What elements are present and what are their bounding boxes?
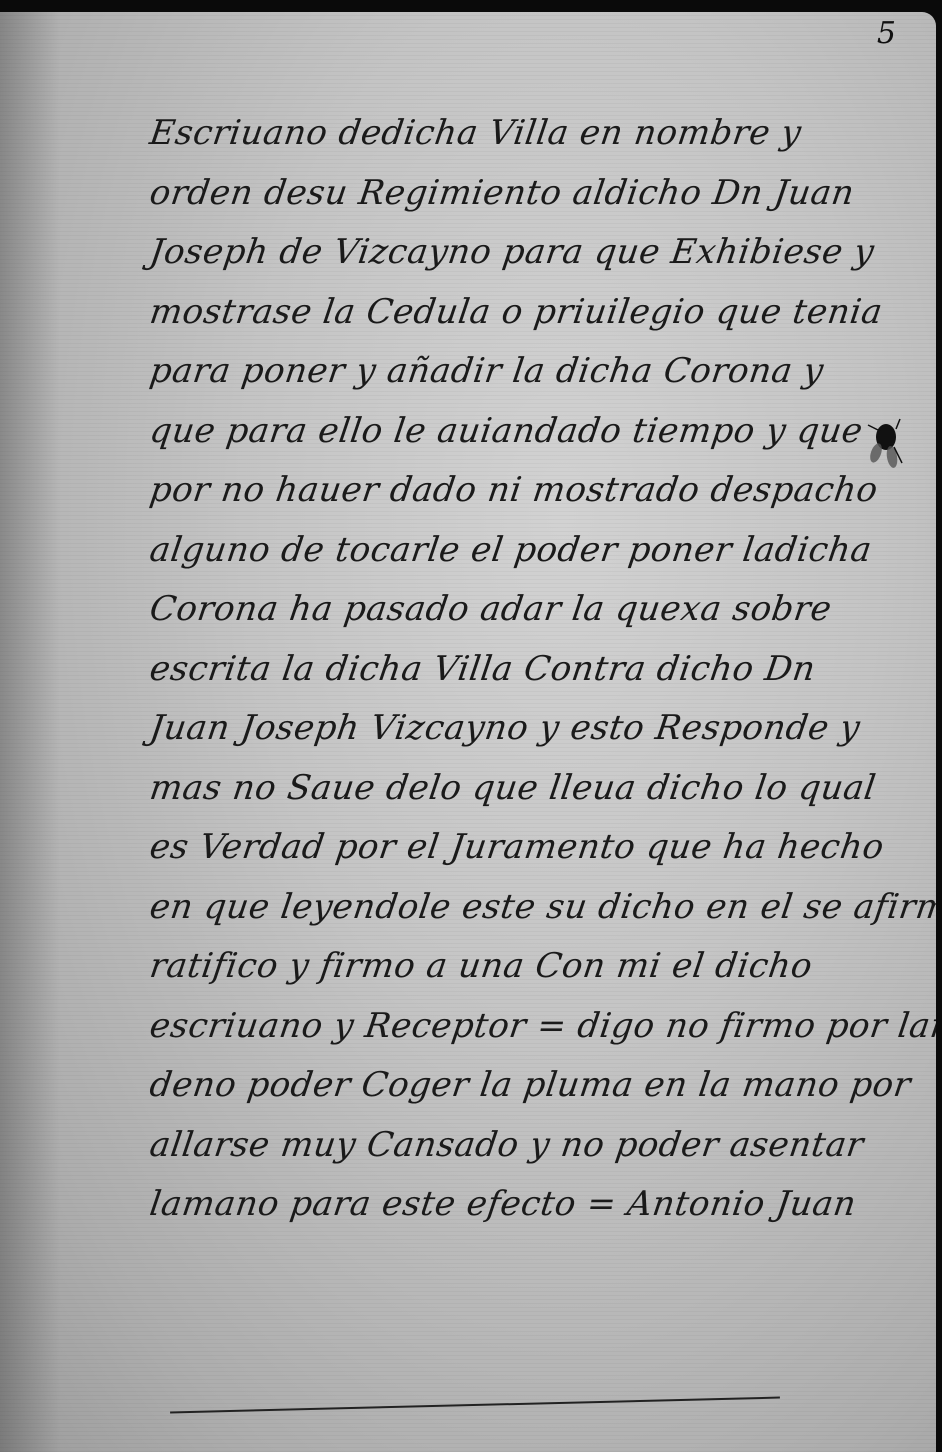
text-line: allarse muy Cansado y no poder asentar xyxy=(146,1116,814,1176)
text-line: Joseph de Vizcayno para que Exhibiese y xyxy=(146,223,814,283)
text-line: Corona ha pasado adar la quexa sobre xyxy=(146,580,814,640)
manuscript-page: 5 Escriuano dedicha Villa en nombre y or… xyxy=(0,12,936,1452)
text-line: para poner y añadir la dicha Corona y xyxy=(146,342,814,402)
text-line: Juan Joseph Vizcayno y esto Responde y xyxy=(146,699,814,759)
text-line: mas no Saue delo que lleua dicho lo qual xyxy=(146,759,814,819)
text-line: Escriuano dedicha Villa en nombre y xyxy=(146,104,814,164)
manuscript-text-block: Escriuano dedicha Villa en nombre y orde… xyxy=(150,104,810,1235)
text-line: escriuano y Receptor = digo no firmo por… xyxy=(146,997,814,1057)
text-line: que para ello le auiandado tiempo y que xyxy=(146,402,814,462)
text-line: es Verdad por el Juramento que ha hecho xyxy=(146,818,814,878)
folio-number: 5 xyxy=(877,16,896,51)
closing-rule xyxy=(170,1397,780,1414)
text-line: ratifico y firmo a una Con mi el dicho xyxy=(146,937,814,997)
text-line: deno poder Coger la pluma en la mano por xyxy=(146,1056,814,1116)
text-line: lamano para este efecto = Antonio Juan xyxy=(146,1175,814,1235)
text-line: en que leyendole este su dicho en el se … xyxy=(146,878,814,938)
text-line: orden desu Regimiento aldicho Dn Juan xyxy=(146,164,814,224)
fly-icon xyxy=(862,417,906,473)
bleed-through-text xyxy=(120,24,820,36)
text-line: escrita la dicha Villa Contra dicho Dn xyxy=(146,640,814,700)
text-line: por no hauer dado ni mostrado despacho xyxy=(146,461,814,521)
text-line: mostrase la Cedula o priuilegio que teni… xyxy=(146,283,814,343)
text-line: alguno de tocarle el poder poner ladicha xyxy=(146,521,814,581)
